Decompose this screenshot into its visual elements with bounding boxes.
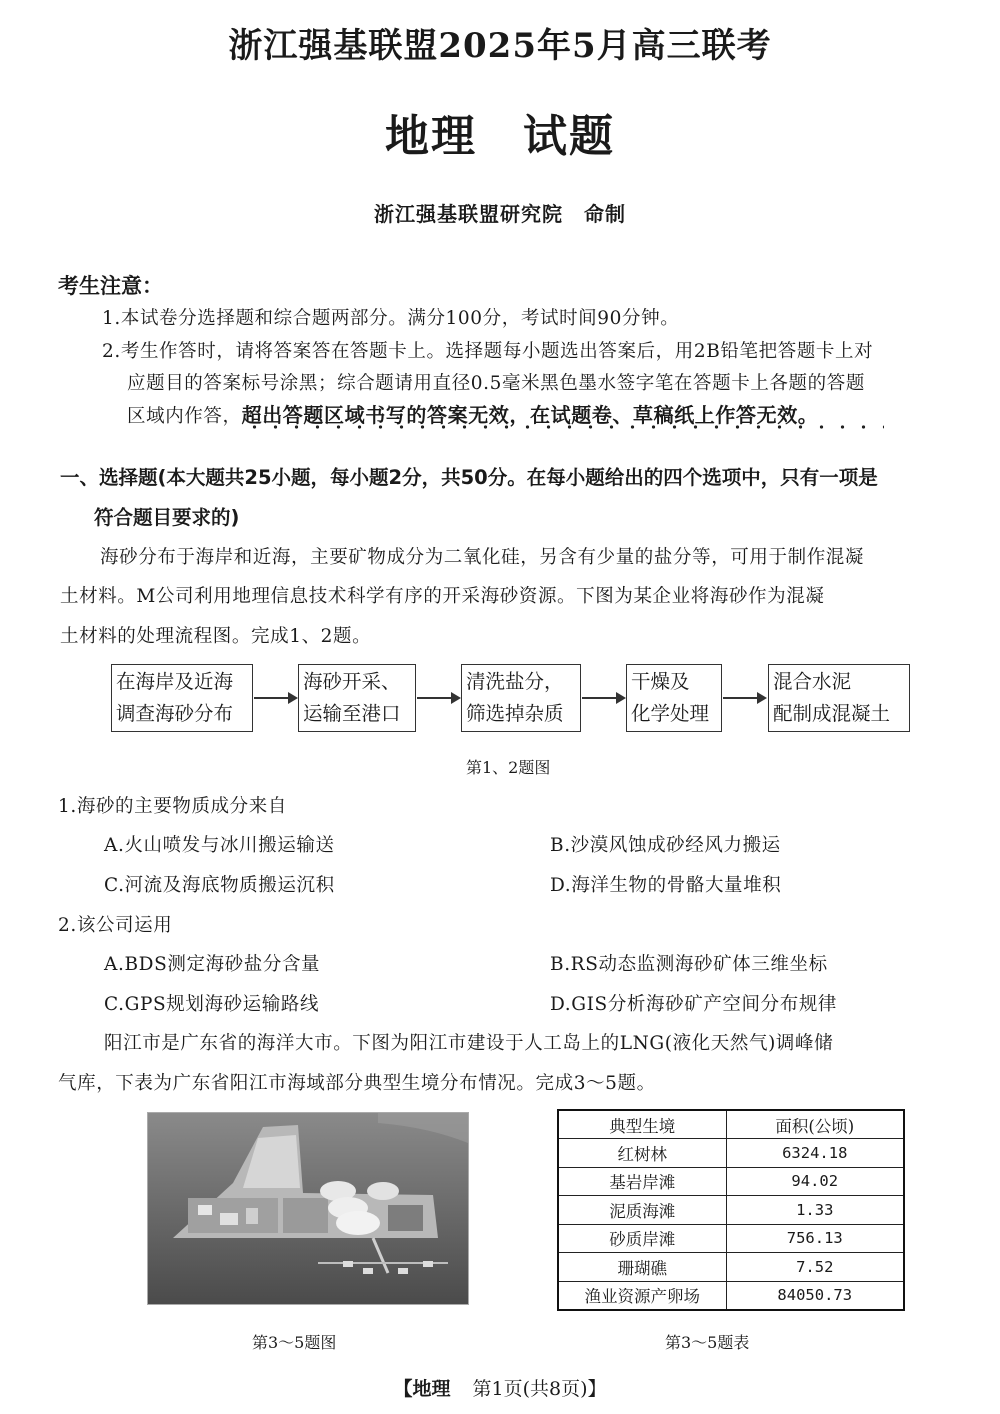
flow-step-3: 清洗盐分， 筛选掉杂质 bbox=[461, 664, 581, 732]
flow-arrow-icon bbox=[254, 697, 296, 699]
passage1-line-2: 土材料。M公司利用地理信息技术科学有序的开采海砂资源。下图为某企业将海砂作为混凝 bbox=[60, 582, 824, 608]
flow-step-2-line-1: 海砂开采、 bbox=[303, 666, 411, 698]
table-header-row: 典型生境 面积(公顷) bbox=[558, 1110, 904, 1139]
question-2-option-d: D.GIS分析海砂矿产空间分布规律 bbox=[550, 990, 837, 1016]
notice-item-1: 1.本试卷分选择题和综合题两部分。满分100分，考试时间90分钟。 bbox=[102, 304, 679, 330]
flow-step-1-line-1: 在海岸及近海 bbox=[116, 666, 248, 698]
question-1-option-a: A.火山喷发与冰川搬运输送 bbox=[104, 831, 335, 857]
flow-arrow-icon bbox=[417, 697, 459, 699]
notice-item-2-line-1: 2.考生作答时，请将答案答在答题卡上。选择题每小题选出答案后，用2B铅笔把答题卡… bbox=[102, 337, 873, 363]
emphasis-dots bbox=[244, 424, 884, 430]
question-2-option-b: B.RS动态监测海砂矿体三维坐标 bbox=[550, 950, 828, 976]
notice-item-2-prefix: 区域内作答， bbox=[127, 406, 242, 427]
habitat-name: 砂质岸滩 bbox=[558, 1224, 726, 1253]
habitat-name: 红树林 bbox=[558, 1139, 726, 1168]
question-2-option-c: C.GPS规划海砂运输路线 bbox=[104, 990, 319, 1016]
flow-step-1: 在海岸及近海 调查海砂分布 bbox=[111, 664, 253, 732]
flow-step-3-line-2: 筛选掉杂质 bbox=[466, 698, 576, 730]
exam-title: 浙江强基联盟2025年5月高三联考 bbox=[0, 18, 1000, 67]
habitat-name: 珊瑚礁 bbox=[558, 1253, 726, 1282]
flow-step-3-line-1: 清洗盐分， bbox=[466, 666, 576, 698]
table-caption: 第3～5题表 bbox=[665, 1330, 749, 1353]
page-footer: 【地理第1页(共8页)】 bbox=[0, 1374, 1000, 1401]
flow-arrow-icon bbox=[723, 697, 765, 699]
flow-step-5: 混合水泥 配制成混凝土 bbox=[768, 664, 910, 732]
column-header-habitat: 典型生境 bbox=[558, 1110, 726, 1139]
habitat-area: 94.02 bbox=[726, 1167, 904, 1196]
publisher: 浙江强基联盟研究院 命制 bbox=[0, 198, 1000, 227]
table-row: 红树林 6324.18 bbox=[558, 1139, 904, 1168]
passage2-line-2: 气库，下表为广东省阳江市海域部分典型生境分布情况。完成3～5题。 bbox=[58, 1069, 656, 1095]
habitat-area: 7.52 bbox=[726, 1253, 904, 1282]
question-1-option-b: B.沙漠风蚀成砂经风力搬运 bbox=[550, 831, 781, 857]
footer-subject: 【地理 bbox=[393, 1378, 450, 1400]
table-row: 砂质岸滩 756.13 bbox=[558, 1224, 904, 1253]
habitat-name: 泥质海滩 bbox=[558, 1196, 726, 1225]
passage1-line-3: 土材料的处理流程图。完成1、2题。 bbox=[60, 622, 371, 648]
lng-island-photo bbox=[147, 1112, 469, 1305]
notice-title: 考生注意： bbox=[58, 270, 163, 300]
question-2-stem: 2.该公司运用 bbox=[58, 911, 172, 937]
table-row: 基岩岸滩 94.02 bbox=[558, 1167, 904, 1196]
habitat-area: 1.33 bbox=[726, 1196, 904, 1225]
habitat-table: 典型生境 面积(公顷) 红树林 6324.18 基岩岸滩 94.02 泥质海滩 … bbox=[557, 1109, 905, 1311]
habitat-area: 84050.73 bbox=[726, 1281, 904, 1310]
habitat-name: 渔业资源产卵场 bbox=[558, 1281, 726, 1310]
table-row: 渔业资源产卵场 84050.73 bbox=[558, 1281, 904, 1310]
notice-item-2-line-2: 应题目的答案标号涂黑；综合题请用直径0.5毫米黑色墨水签字笔在答题卡上各题的答题 bbox=[127, 369, 865, 395]
habitat-area: 6324.18 bbox=[726, 1139, 904, 1168]
flow-step-5-line-1: 混合水泥 bbox=[773, 666, 905, 698]
passage2-line-1: 阳江市是广东省的海洋大市。下图为阳江市建设于人工岛上的LNG(液化天然气)调峰储 bbox=[104, 1029, 833, 1055]
flow-step-2: 海砂开采、 运输至港口 bbox=[298, 664, 416, 732]
section-heading-line-2: 符合题目要求的) bbox=[94, 502, 239, 530]
flow-arrow-icon bbox=[582, 697, 624, 699]
flow-step-5-line-2: 配制成混凝土 bbox=[773, 698, 905, 730]
section-heading-line-1: 一、选择题(本大题共25小题，每小题2分，共50分。在每小题给出的四个选项中，只… bbox=[60, 462, 878, 490]
question-1-stem: 1.海砂的主要物质成分来自 bbox=[58, 792, 287, 818]
table-row: 泥质海滩 1.33 bbox=[558, 1196, 904, 1225]
column-header-area: 面积(公顷) bbox=[726, 1110, 904, 1139]
flow-step-4: 干燥及 化学处理 bbox=[626, 664, 722, 732]
question-2-option-a: A.BDS测定海砂盐分含量 bbox=[104, 950, 320, 976]
footer-page-number: 第1页(共8页)】 bbox=[473, 1378, 607, 1400]
passage1-line-1: 海砂分布于海岸和近海，主要矿物成分为二氧化硅，另含有少量的盐分等，可用于制作混凝 bbox=[100, 543, 864, 569]
flow-step-4-line-2: 化学处理 bbox=[631, 698, 717, 730]
table-row: 珊瑚礁 7.52 bbox=[558, 1253, 904, 1282]
flow-step-2-line-2: 运输至港口 bbox=[303, 698, 411, 730]
question-1-option-d: D.海洋生物的骨骼大量堆积 bbox=[550, 871, 781, 897]
question-1-option-c: C.河流及海底物质搬运沉积 bbox=[104, 871, 335, 897]
figure-caption: 第3～5题图 bbox=[252, 1330, 336, 1353]
habitat-name: 基岩岸滩 bbox=[558, 1167, 726, 1196]
flow-step-4-line-1: 干燥及 bbox=[631, 666, 717, 698]
habitat-area: 756.13 bbox=[726, 1224, 904, 1253]
subject-title: 地理 试题 bbox=[0, 100, 1000, 164]
flow-step-1-line-2: 调查海砂分布 bbox=[116, 698, 248, 730]
flowchart-caption: 第1、2题图 bbox=[466, 755, 550, 778]
